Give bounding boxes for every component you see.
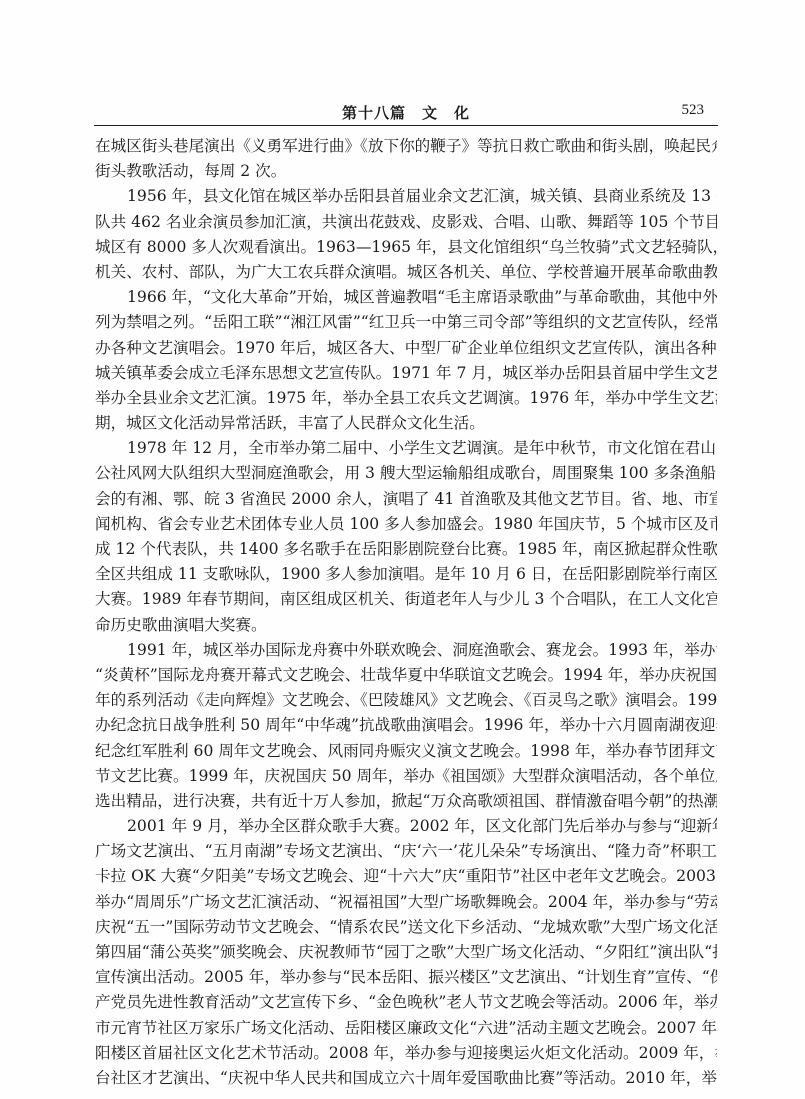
- text-line: 成 12 个代表队，共 1400 多名歌手在岳阳影剧院登台比赛。1985 年，南…: [95, 537, 717, 562]
- header-rule: [94, 125, 718, 126]
- page-number: 523: [682, 102, 705, 119]
- text-line: 闻机构、省会专业艺术团体专业人员 100 多人参加盛会。1980 年国庆节，5 …: [95, 512, 717, 537]
- text-line: 广场文艺演出、“五月南湖”专场文艺演出、“庆‘六一’花儿朵朵”专场演出、“隆力奇…: [95, 839, 717, 864]
- text-line: 宣传演出活动。2005 年，举办参与“民本岳阳、振兴楼区”文艺演出、“计划生育”…: [95, 965, 717, 990]
- text-line: 阳楼区首届社区文化艺术节活动。2008 年，举办参与迎接奥运火炬文化活动。200…: [95, 1041, 717, 1066]
- paragraph: 2001 年 9 月，举办全区群众歌手大赛。2002 年，区文化部门先后举办与参…: [95, 814, 717, 1091]
- paragraph: 1978 年 12 月，全市举办第二届中、小学生文艺调演。是年中秋节，市文化馆在…: [95, 436, 717, 638]
- body-text: 在城区街头巷尾演出《义勇军进行曲》《放下你的鞭子》等抗日救亡歌曲和街头剧，唤起民…: [95, 134, 717, 1091]
- text-line: 机关、农村、部队，为广大工农兵群众演唱。城区各机关、单位、学校普遍开展革命歌曲教…: [95, 260, 717, 285]
- text-line: 命历史歌曲演唱大奖赛。: [95, 613, 717, 638]
- text-line: 全区共组成 11 支歌咏队，1900 多人参加演唱。是年 10 月 6 日，在岳…: [95, 562, 717, 587]
- text-line: 1966 年，“文化大革命”开始，城区普遍教唱“毛主席语录歌曲”与革命歌曲，其他…: [95, 285, 717, 310]
- text-line: 年的系列活动《走向辉煌》文艺晚会、《巴陵雄风》文艺晚会、《百灵鸟之歌》演唱会。1…: [95, 688, 717, 713]
- text-line: 1991 年，城区举办国际龙舟赛中外联欢晚会、洞庭渔歌会、赛龙会。1993 年，…: [95, 638, 717, 663]
- text-line: 市元宵节社区万家乐广场文化活动、岳阳楼区廉政文化“六进”活动主题文艺晚会。200…: [95, 1016, 717, 1041]
- text-line: 城区有 8000 多人次观看演出。1963—1965 年，县文化馆组织“乌兰牧骑…: [95, 235, 717, 260]
- text-line: 举办“周周乐”广场文艺汇演活动、“祝福祖国”大型广场歌舞晚会。2004 年，举办…: [95, 890, 717, 915]
- text-line: 大赛。1989 年春节期间，南区组成区机关、街道老年人与少儿 3 个合唱队，在工…: [95, 587, 717, 612]
- text-line: 1978 年 12 月，全市举办第二届中、小学生文艺调演。是年中秋节，市文化馆在…: [95, 436, 717, 461]
- paragraph: 1956 年，县文化馆在城区举办岳阳县首届业余文艺汇演，城关镇、县商业系统及 1…: [95, 184, 717, 285]
- book-page: 第十八篇 文 化 523 在城区街头巷尾演出《义勇军进行曲》《放下你的鞭子》等抗…: [0, 0, 805, 1099]
- text-line: 纪念红军胜利 60 周年文艺晚会、风雨同舟赈灾义演文艺晚会。1998 年，举办春…: [95, 739, 717, 764]
- text-line: 庆祝“五一”国际劳动节文艺晚会、“情系农民”送文化下乡活动、“龙城欢歌”大型广场…: [95, 915, 717, 940]
- paragraph: 在城区街头巷尾演出《义勇军进行曲》《放下你的鞭子》等抗日救亡歌曲和街头剧，唤起民…: [95, 134, 717, 184]
- text-line: 产党员先进性教育活动”文艺宣传下乡、“金色晚秋”老人节文艺晚会等活动。2006 …: [95, 990, 717, 1015]
- text-line: 节文艺比赛。1999 年，庆祝国庆 50 周年，举办《祖国颂》大型群众演唱活动，…: [95, 764, 717, 789]
- text-line: 会的有湘、鄂、皖 3 省渔民 2000 余人，演唱了 41 首渔歌及其他文艺节目…: [95, 487, 717, 512]
- text-line: 期，城区文化活动异常活跃，丰富了人民群众文化生活。: [95, 411, 717, 436]
- text-line: 街头教歌活动，每周 2 次。: [95, 159, 717, 184]
- text-line: 第四届“蒲公英奖”颁奖晚会、庆祝教师节“园丁之歌”大型广场文化活动、“夕阳红”演…: [95, 940, 717, 965]
- text-line: 在城区街头巷尾演出《义勇军进行曲》《放下你的鞭子》等抗日救亡歌曲和街头剧，唤起民…: [95, 134, 717, 159]
- text-line: 台社区才艺演出、“庆祝中华人民共和国成立六十周年爱国歌曲比赛”等活动。2010 …: [95, 1066, 717, 1091]
- paragraph: 1991 年，城区举办国际龙舟赛中外联欢晚会、洞庭渔歌会、赛龙会。1993 年，…: [95, 638, 717, 814]
- text-line: 城关镇革委会成立毛泽东思想文艺宣传队。1971 年 7 月，城区举办岳阳县首届中…: [95, 361, 717, 386]
- text-line: 办纪念抗日战争胜利 50 周年“中华魂”抗战歌曲演唱会。1996 年，举办十六月…: [95, 713, 717, 738]
- text-line: 列为禁唱之列。“岳阳工联”“湘江风雷”“红卫兵一中第三司令部”等组织的文艺宣传队…: [95, 310, 717, 335]
- text-line: 卡拉 OK 大赛“夕阳美”专场文艺晚会、迎“十六大”庆“重阳节”社区中老年文艺晚…: [95, 864, 717, 889]
- text-line: 2001 年 9 月，举办全区群众歌手大赛。2002 年，区文化部门先后举办与参…: [95, 814, 717, 839]
- chapter-title: 第十八篇 文 化: [94, 102, 718, 123]
- text-line: 队共 462 名业余演员参加汇演，共演出花鼓戏、皮影戏、合唱、山歌、舞蹈等 10…: [95, 210, 717, 235]
- text-line: 选出精品，进行决赛，共有近十万人参加，掀起“万众高歌颂祖国、群情激奋唱今朝”的热…: [95, 789, 717, 814]
- running-header: 第十八篇 文 化 523: [94, 98, 718, 122]
- text-line: 办各种文艺演唱会。1970 年后，城区各大、中型厂矿企业单位组织文艺宣传队，演出…: [95, 336, 717, 361]
- text-line: 举办全县业余文艺汇演。1975 年，举办全县工农兵文艺调演。1976 年，举办中…: [95, 386, 717, 411]
- text-line: 1956 年，县文化馆在城区举办岳阳县首届业余文艺汇演，城关镇、县商业系统及 1…: [95, 184, 717, 209]
- text-line: 公社风网大队组织大型洞庭渔歌会，用 3 艘大型运输船组成歌台，周围聚集 100 …: [95, 461, 717, 486]
- paragraph: 1966 年，“文化大革命”开始，城区普遍教唱“毛主席语录歌曲”与革命歌曲，其他…: [95, 285, 717, 436]
- text-line: “炎黄杯”国际龙舟赛开幕式文艺晚会、壮哉华夏中华联谊文艺晚会。1994 年，举办…: [95, 663, 717, 688]
